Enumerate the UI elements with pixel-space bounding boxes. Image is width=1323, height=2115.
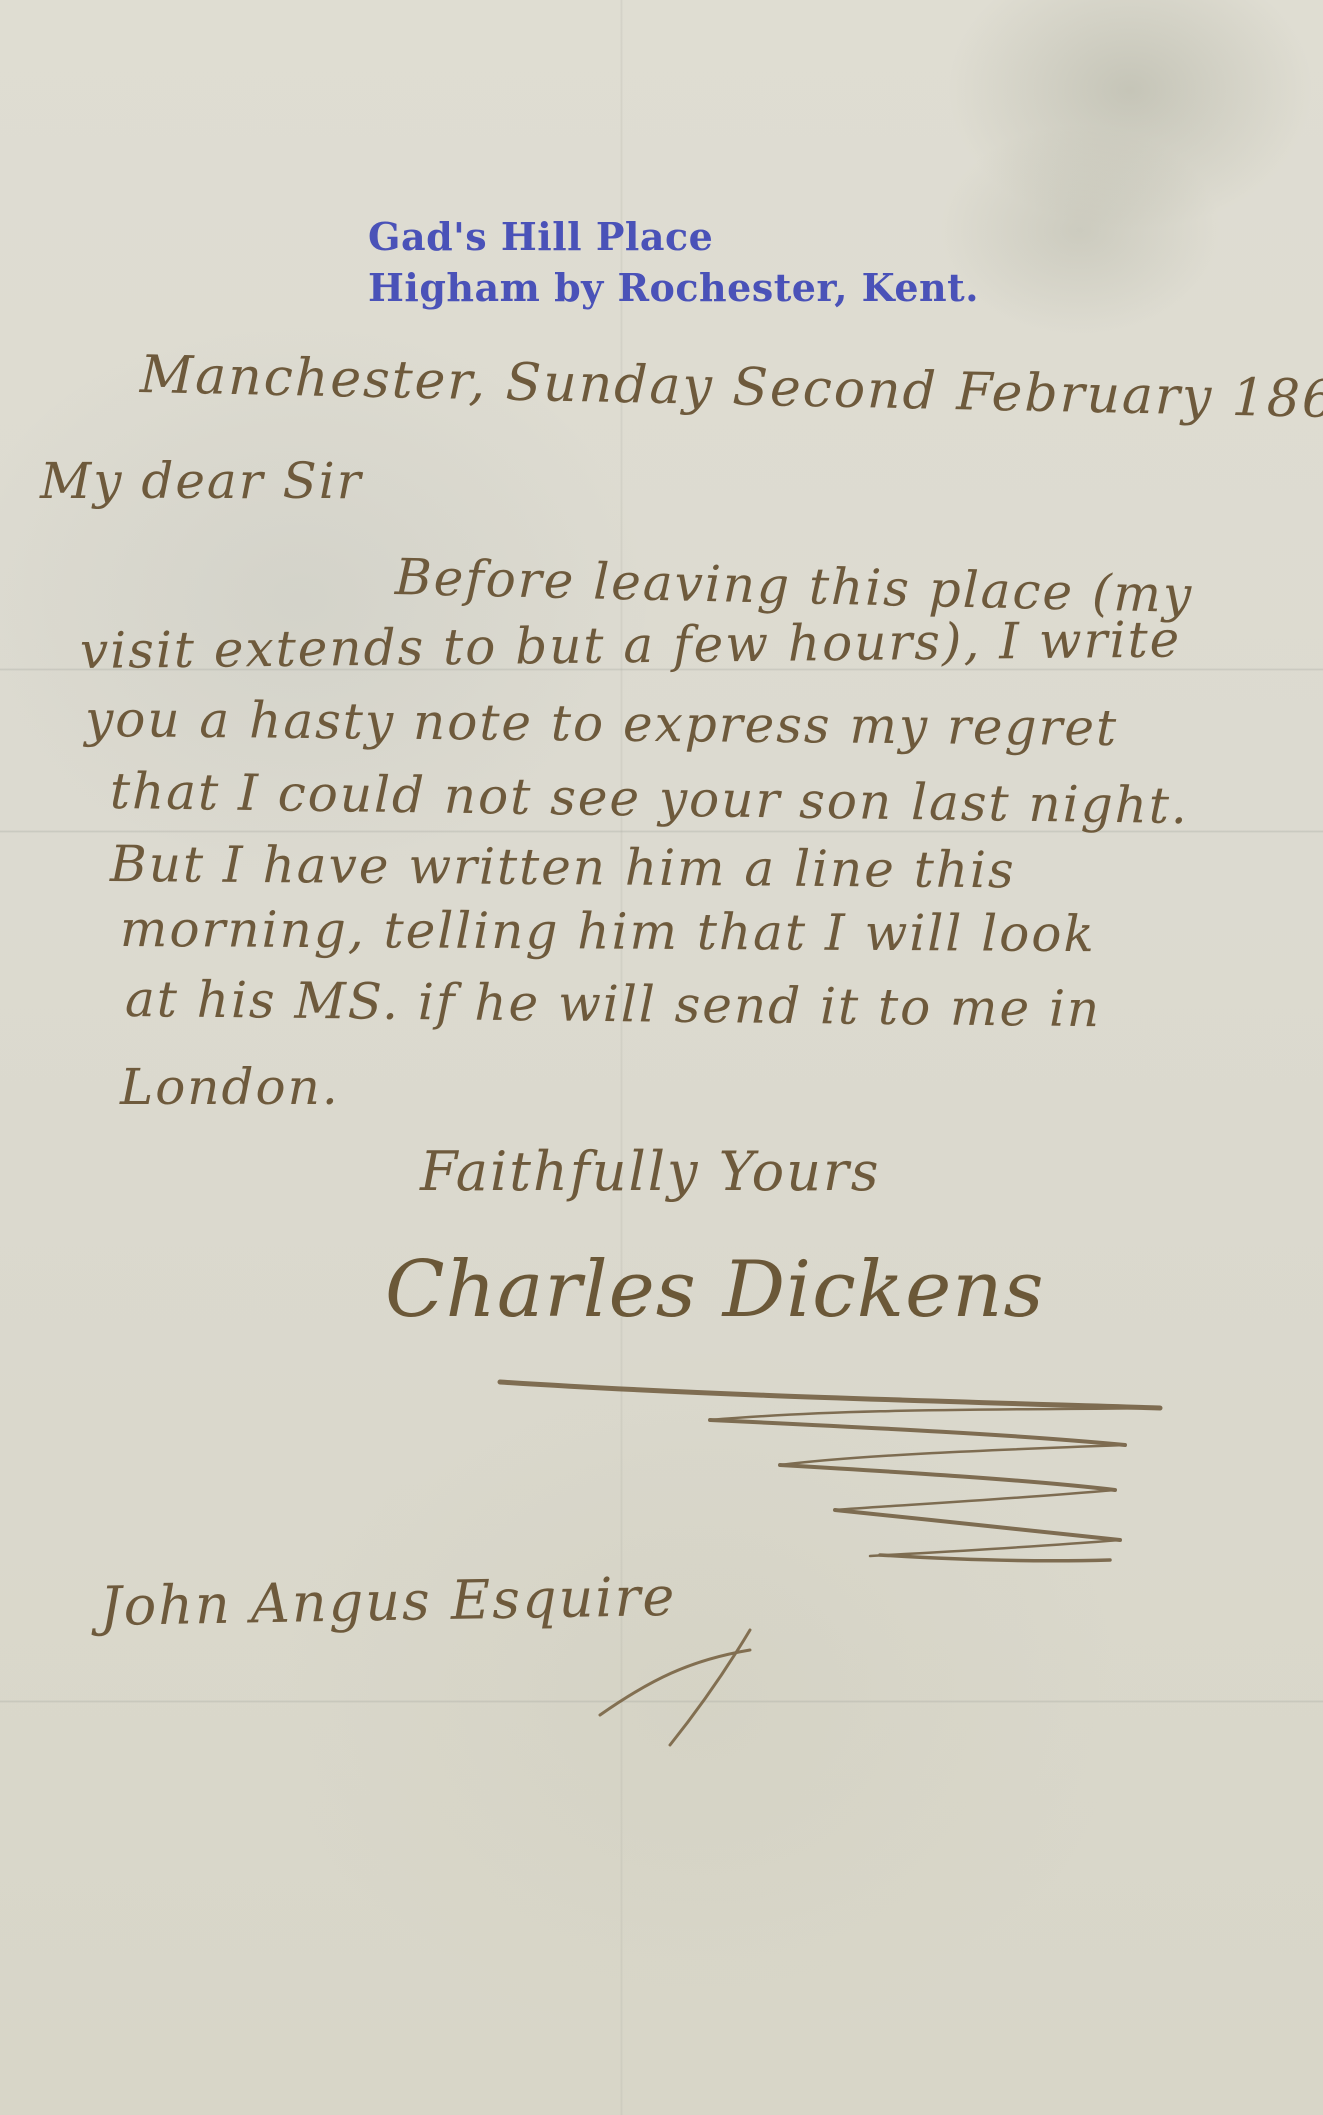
letter-page: Gad's Hill Place Higham by Rochester, Ke… <box>0 0 1323 2115</box>
signature-flourish-icon <box>0 0 1323 2115</box>
addressee: John Angus Esquire <box>99 1565 676 1638</box>
